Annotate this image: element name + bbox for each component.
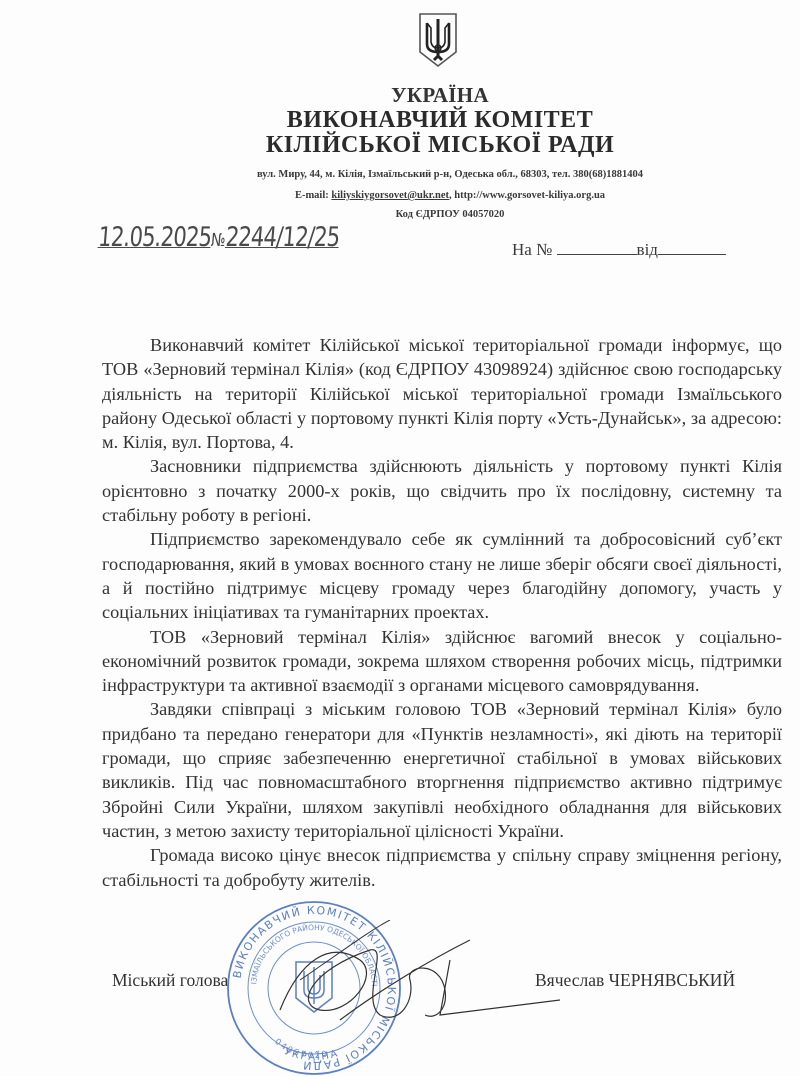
signatory-title: Міський голова — [112, 970, 228, 991]
letterhead-org-line1: ВИКОНАВЧИЙ КОМІТЕТ — [0, 107, 800, 134]
reference-number-blank — [557, 240, 637, 255]
paragraph: ТОВ «Зерновий термінал Кілія» здійснює в… — [102, 625, 782, 698]
letterhead-contacts: E-mail: kiliyskiygorsovet@ukr.net, http:… — [0, 190, 800, 201]
website-link[interactable]: , http://www.gorsovet-kiliya.org.ua — [449, 190, 605, 201]
email-link[interactable]: kiliyskiygorsovet@ukr.net — [331, 190, 449, 201]
letter-page: УКРАЇНА ВИКОНАВЧИЙ КОМІТЕТ КІЛІЙСЬКОЇ МІ… — [0, 0, 800, 1076]
reference-label: На № — [512, 240, 552, 259]
letterhead-address: вул. Миру, 44, м. Кілія, Ізмаїльський р-… — [0, 169, 800, 180]
email-label: E-mail: — [295, 190, 331, 201]
handwritten-registration: 12.05.2025№2244/12/25 — [96, 222, 340, 262]
registration-number: 2244/12/25 — [224, 222, 340, 253]
trident-coat-of-arms-icon — [418, 12, 458, 68]
letterhead-country: УКРАЇНА — [0, 83, 800, 108]
letterhead-org-line2: КІЛІЙСЬКОЇ МІСЬКОЇ РАДИ — [0, 132, 800, 159]
letter-body: Виконавчий комітет Кілійської міської те… — [102, 333, 782, 892]
paragraph: Підприємство зарекомендувало себе як сум… — [102, 527, 782, 624]
reference-date-blank — [658, 240, 726, 255]
letterhead-edrpou: Код ЄДРПОУ 04057020 — [0, 209, 800, 220]
reference-line: На № від — [512, 240, 726, 260]
reference-from-label: від — [637, 240, 658, 259]
paragraph: Засновники підприємства здійснюють діяль… — [102, 454, 782, 527]
paragraph: Завдяки співпраці з міським головою ТОВ … — [102, 697, 782, 843]
registration-date: 12.05.2025 — [97, 222, 212, 253]
paragraph: Громада високо цінує внесок підприємства… — [102, 843, 782, 892]
handwritten-signature — [240, 920, 570, 1040]
paragraph: Виконавчий комітет Кілійської міської те… — [102, 333, 782, 454]
